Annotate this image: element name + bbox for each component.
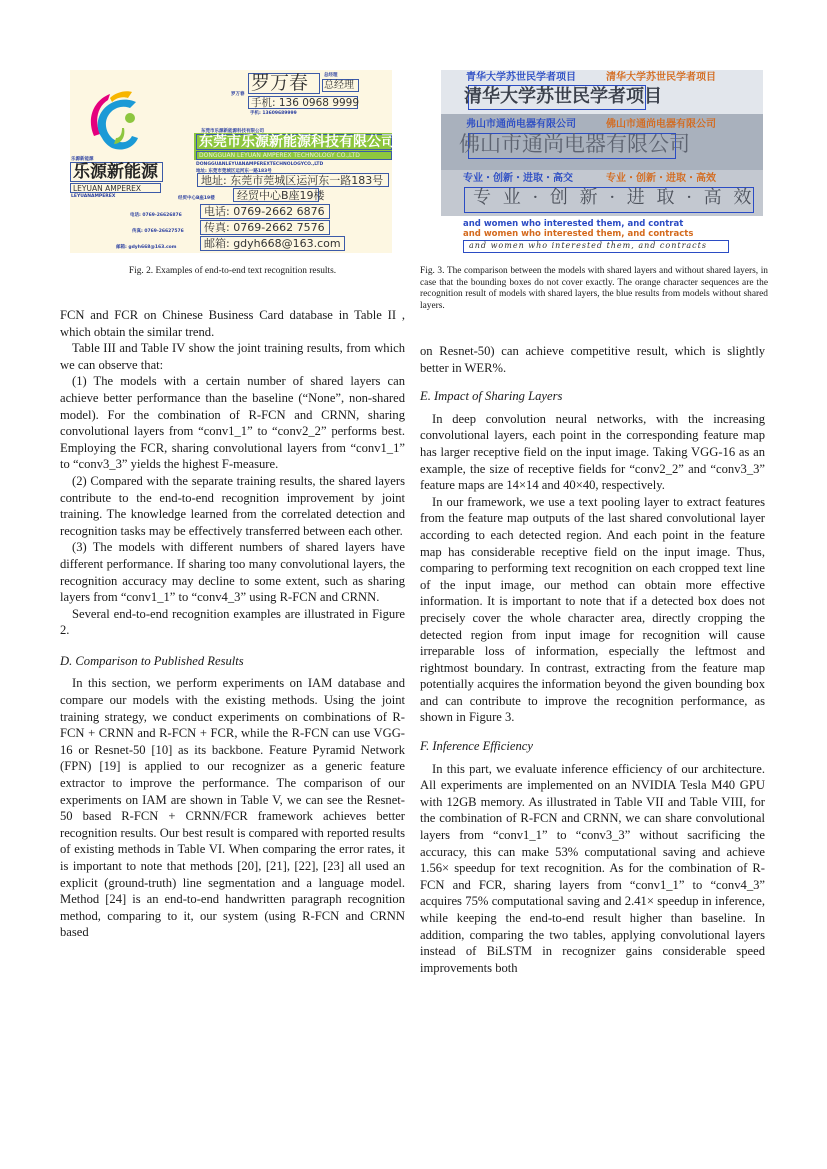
detected-title-box: 总经理	[322, 79, 359, 92]
detected-brand-box: 乐源新能源	[70, 162, 163, 182]
blue-result-3: 专业・创新・进取・高交	[463, 174, 573, 184]
detected-name-box: 罗万春	[248, 73, 320, 94]
ocr-mobile-small: 手机: 13609689999	[250, 110, 297, 116]
paragraph: In deep convolution neural networks, wit…	[420, 411, 765, 494]
blue-result-4: and women who interested them, and contr…	[463, 220, 683, 229]
orange-result-1: 清华大学苏世民学者项目	[606, 73, 716, 83]
ocr-building-small: 经贸中心B座19楼	[178, 195, 215, 201]
detected-building-box: 经贸中心B座19楼	[233, 188, 319, 202]
ocr-company-en-small: DONGGUANLEYUANAMPEREXTECHNOLOGYCO.,LTD	[196, 162, 323, 167]
figure-3-caption: Fig. 3. The comparison between the model…	[420, 266, 768, 312]
detected-company-en-box: DONGGUAN LEYUAN AMPEREX TECHNOLOGY CO.,L…	[196, 151, 392, 160]
ocr-title-small: 总经理	[324, 72, 338, 78]
detected-email-box: 邮箱: gdyh668@163.com	[200, 236, 345, 251]
right-column: on Resnet-50) can achieve competitive re…	[420, 343, 765, 976]
paragraph: FCN and FCR on Chinese Business Card dat…	[60, 307, 405, 340]
paragraph: Table III and Table IV show the joint tr…	[60, 340, 405, 373]
detected-address-box: 地址: 东莞市莞城区运河东一路183号	[197, 173, 389, 187]
orange-result-3: 专业・创新・进取・高效	[606, 174, 716, 184]
image-text-1: 清华大学苏世民学者项目	[464, 88, 662, 106]
paragraph: Several end-to-end recognition examples …	[60, 606, 405, 639]
ocr-name-small: 罗万春	[231, 91, 245, 97]
blue-result-2: 弗山市通尚电器有限公司	[466, 120, 576, 130]
image-text-3: 专 业 · 创 新 · 进 取 · 高 效	[473, 189, 754, 207]
figure-3-image: 青华大学苏世民学者项目 清华大学苏世民学者项目 清华大学苏世民学者项目 弗山市通…	[441, 70, 763, 253]
detected-mobile-box: 手机: 136 0968 9999	[248, 96, 358, 109]
paragraph: (1) The models with a certain number of …	[60, 373, 405, 473]
figure-2-caption: Fig. 2. Examples of end-to-end text reco…	[60, 266, 405, 278]
ocr-brand-en-small: LEYUANAMPEREX	[71, 194, 115, 199]
company-logo-icon	[80, 88, 150, 158]
section-heading-f: F. Inference Efficiency	[420, 738, 765, 755]
detected-phone-box: 电话: 0769-2662 6876	[200, 204, 330, 219]
ocr-fax-small: 传真: 0769-26627576	[132, 228, 184, 234]
detected-fax-box: 传真: 0769-2662 7576	[200, 220, 330, 235]
orange-result-4: and women who interested them, and contr…	[463, 230, 693, 239]
ocr-phone-small: 电话: 0769-26626876	[130, 212, 182, 218]
paragraph: In our framework, we use a text pooling …	[420, 494, 765, 726]
paragraph: In this part, we evaluate inference effi…	[420, 761, 765, 977]
figure-2-image: 罗万春 罗万春 总经理 总经理 手机: 136 0968 9999 手机: 13…	[70, 70, 392, 253]
paragraph: (2) Compared with the separate training …	[60, 473, 405, 539]
section-heading-d: D. Comparison to Published Results	[60, 653, 405, 670]
paragraph: on Resnet-50) can achieve competitive re…	[420, 343, 765, 376]
paragraph: In this section, we perform experiments …	[60, 675, 405, 941]
detected-brand-en-box: LEYUAN AMPEREX	[70, 183, 161, 193]
paragraph: (3) The models with different numbers of…	[60, 539, 405, 605]
section-heading-e: E. Impact of Sharing Layers	[420, 388, 765, 405]
orange-result-2: 佛山市通尚电器有限公司	[606, 120, 716, 130]
left-column: FCN and FCR on Chinese Business Card dat…	[60, 307, 405, 941]
detected-company-box: 东莞市乐源新能源科技有限公司	[196, 134, 392, 150]
image-text-4-handwriting: and women who interested them, and contr…	[469, 242, 707, 250]
image-text-2: 佛山市通尚电器有限公司	[459, 134, 690, 155]
blue-result-1: 青华大学苏世民学者项目	[466, 73, 576, 83]
ocr-email-small: 邮箱: gdyh668@163.com	[116, 244, 176, 250]
